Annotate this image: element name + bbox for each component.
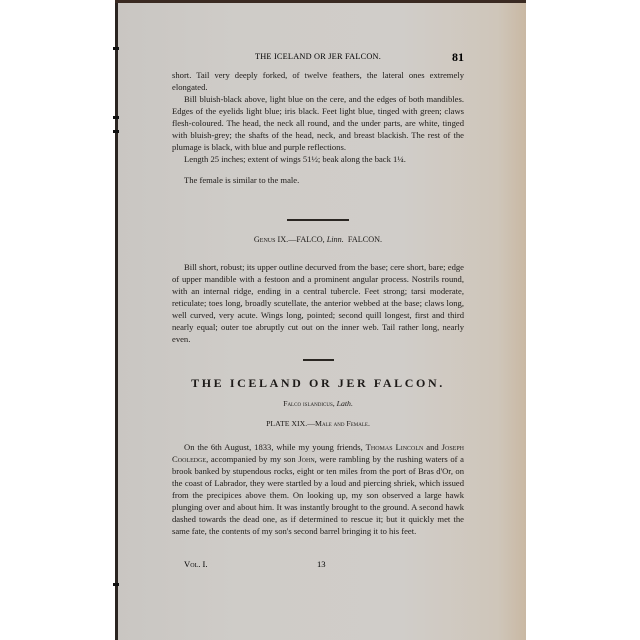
page-number: 81	[452, 50, 464, 65]
binding-thread-mark	[113, 47, 119, 50]
paragraph-measurements: Length 25 inches; extent of wings 51½; b…	[172, 153, 464, 165]
narrative-text: , were rambling by the rushing waters of…	[172, 454, 464, 536]
latin-binomial: Falco islandicus,	[283, 399, 335, 408]
narrative-text: and	[423, 442, 441, 452]
narrative-paragraph: On the 6th August, 1833, while my young …	[172, 441, 464, 537]
binding-thread-mark	[113, 130, 119, 133]
plate-reference: PLATE XIX.—Male and Female.	[172, 418, 464, 430]
plate-label: PLATE XIX.—	[266, 419, 315, 428]
running-header: THE ICELAND OR JER FALCON. 81	[172, 50, 464, 64]
species-latin-name: Falco islandicus, Lath.	[172, 398, 464, 410]
genus-heading-common: FALCON.	[348, 235, 382, 244]
running-head-title: THE ICELAND OR JER FALCON.	[172, 52, 464, 61]
plate-caption: Male and Female.	[315, 419, 370, 428]
paragraph-coloration: Bill bluish-black above, light blue on t…	[172, 93, 464, 153]
species-title: THE ICELAND OR JER FALCON.	[172, 377, 464, 389]
narrative-text: On the 6th August, 1833, while my young …	[184, 442, 366, 452]
volume-label: Vol. I.	[184, 559, 208, 569]
person-name: Thomas Lincoln	[366, 442, 424, 452]
species-section: THE ICELAND OR JER FALCON. Falco islandi…	[172, 359, 464, 537]
person-name: John	[298, 454, 314, 464]
paragraph-tail: short. Tail very deeply forked, of twelv…	[172, 69, 464, 93]
species-description-continued: short. Tail very deeply forked, of twelv…	[172, 69, 464, 186]
genus-section: Genus IX.—FALCO, Linn. FALCON. Bill shor…	[172, 219, 464, 345]
genus-heading: Genus IX.—FALCO, Linn. FALCON.	[172, 234, 464, 246]
genus-description: Bill short, robust; its upper outline de…	[172, 261, 464, 345]
page-footer: Vol. I. 13	[172, 559, 464, 571]
book-page: THE ICELAND OR JER FALCON. 81 short. Tai…	[115, 0, 526, 640]
genus-heading-prefix: Genus IX.—FALCO,	[254, 235, 325, 244]
narrative-text: , accompanied by my son	[206, 454, 298, 464]
signature-mark: 13	[317, 559, 326, 569]
section-divider	[287, 219, 349, 221]
binding-thread-mark	[113, 116, 119, 119]
paragraph-female: The female is similar to the male.	[172, 174, 464, 186]
section-divider	[303, 359, 334, 361]
latin-authority: Lath.	[337, 399, 353, 408]
genus-heading-authority: Linn.	[327, 235, 344, 244]
binding-thread-mark	[113, 583, 119, 586]
